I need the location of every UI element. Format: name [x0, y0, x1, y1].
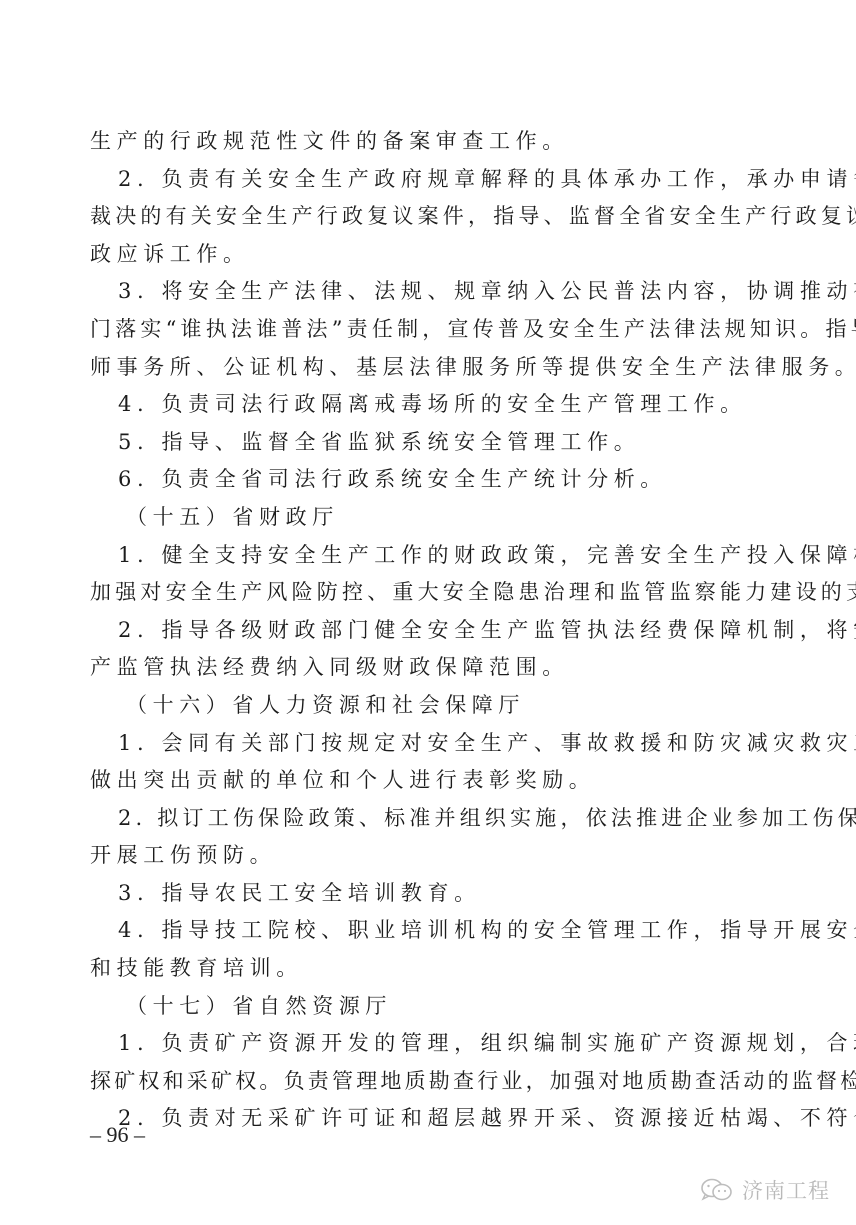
section-heading: （十七）省自然资源厅 [90, 988, 754, 1026]
text-line: 探矿权和采矿权。负责管理地质勘查行业，加强对地质勘查活动的监督检查。 [90, 1063, 754, 1101]
text-line: 2. 负责有关安全生产政府规章解释的具体承办工作，承办申请省政府 [90, 161, 754, 199]
document-page: 生产的行政规范性文件的备案审查工作。 2. 负责有关安全生产政府规章解释的具体承… [90, 123, 754, 1138]
text-line: 4. 指导技工院校、职业培训机构的安全管理工作，指导开展安全知识 [90, 912, 754, 950]
text-line: 师事务所、公证机构、基层法律服务所等提供安全生产法律服务。 [90, 349, 754, 387]
text-line: 政应诉工作。 [90, 236, 754, 274]
text-line: 门落实“谁执法谁普法”责任制，宣传普及安全生产法律法规知识。指导律 [90, 311, 754, 349]
section-heading: （十五）省财政厅 [90, 499, 754, 537]
text-line: 加强对安全生产风险防控、重大安全隐患治理和监管监察能力建设的支持。 [90, 574, 754, 612]
text-line: 产监管执法经费纳入同级财政保障范围。 [90, 649, 754, 687]
text-line: 1. 负责矿产资源开发的管理，组织编制实施矿产资源规划，合理布局 [90, 1025, 754, 1063]
wechat-icon [700, 1177, 734, 1203]
text-line: 5. 指导、监督全省监狱系统安全管理工作。 [90, 424, 754, 462]
text-line: 和技能教育培训。 [90, 950, 754, 988]
watermark: 济南工程 [700, 1175, 830, 1205]
text-line: 生产的行政规范性文件的备案审查工作。 [90, 123, 754, 161]
section-heading: （十六）省人力资源和社会保障厅 [90, 687, 754, 725]
text-line: 6. 负责全省司法行政系统安全生产统计分析。 [90, 461, 754, 499]
text-line: 3. 指导农民工安全培训教育。 [90, 875, 754, 913]
text-line: 裁决的有关安全生产行政复议案件，指导、监督全省安全生产行政复议和行 [90, 198, 754, 236]
text-line: 4. 负责司法行政隔离戒毒场所的安全生产管理工作。 [90, 386, 754, 424]
text-line: 1. 会同有关部门按规定对安全生产、事故救援和防灾减灾救灾工作中 [90, 725, 754, 763]
page-number: – 96 – [90, 1122, 145, 1148]
text-line: 做出突出贡献的单位和个人进行表彰奖励。 [90, 762, 754, 800]
text-line: 开展工伤预防。 [90, 837, 754, 875]
text-line: 2. 指导各级财政部门健全安全生产监管执法经费保障机制，将安全生 [90, 612, 754, 650]
text-line: 2. 负责对无采矿许可证和超层越界开采、资源接近枯竭、不符合矿产 [90, 1100, 754, 1138]
text-line: 1. 健全支持安全生产工作的财政政策，完善安全生产投入保障机制， [90, 537, 754, 575]
watermark-text: 济南工程 [742, 1175, 830, 1205]
text-line: 3. 将安全生产法律、法规、规章纳入公民普法内容，协调推动有关部 [90, 273, 754, 311]
text-line: 2. 拟订工伤保险政策、标准并组织实施，依法推进企业参加工伤保险、 [90, 800, 754, 838]
